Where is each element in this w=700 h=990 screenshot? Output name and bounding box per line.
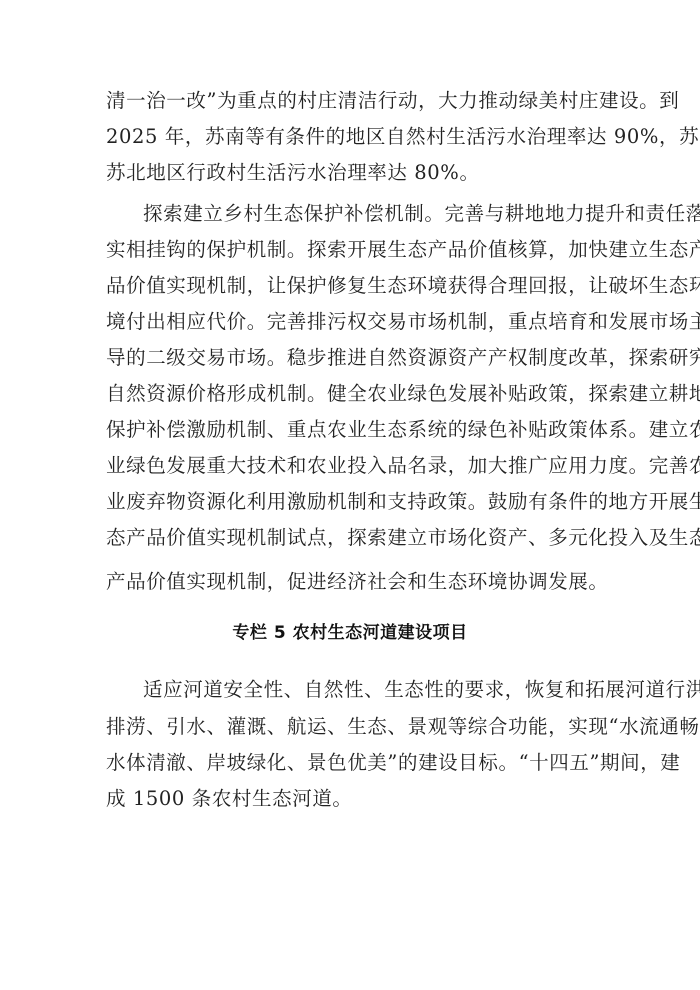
box-heading: 专栏 5 农村生态河道建设项目 xyxy=(0,621,700,645)
text-line: 清一治一改”为重点的村庄清洁行动，大力推动绿美村庄建设。到 xyxy=(106,89,596,113)
text-line: 苏北地区行政村生活污水治理率达 80%。 xyxy=(106,161,596,185)
text-line: 境付出相应代价。完善排污权交易市场机制，重点培育和发展市场主 xyxy=(106,310,596,334)
text-line: 实相挂钩的保护机制。探索开展生态产品价值核算，加快建立生态产 xyxy=(106,238,596,262)
text-line: 排涝、引水、灌溉、航运、生态、景观等综合功能，实现“水流通畅、 xyxy=(106,715,596,739)
text-line: 自然资源价格形成机制。健全农业绿色发展补贴政策，探索建立耕地 xyxy=(106,382,596,406)
text-line: 成 1500 条农村生态河道。 xyxy=(106,787,596,811)
text-line: 适应河道安全性、自然性、生态性的要求，恢复和拓展河道行洪、 xyxy=(143,678,596,702)
text-line: 导的二级交易市场。稳步推进自然资源资产产权制度改革，探索研究 xyxy=(106,346,596,370)
text-line: 品价值实现机制，让保护修复生态环境获得合理回报，让破坏生态环 xyxy=(106,274,596,298)
text-line: 保护补偿激励机制、重点农业生态系统的绿色补贴政策体系。建立农 xyxy=(106,418,596,442)
text-line: 业废弃物资源化利用激励机制和支持政策。鼓励有条件的地方开展生 xyxy=(106,490,596,514)
text-line: 产品价值实现机制，促进经济社会和生态环境协调发展。 xyxy=(106,570,596,594)
text-line: 2025 年，苏南等有条件的地区自然村生活污水治理率达 90%，苏中、 xyxy=(106,125,596,149)
text-line: 探索建立乡村生态保护补偿机制。完善与耕地地力提升和责任落 xyxy=(143,202,596,226)
text-line: 业绿色发展重大技术和农业投入品名录，加大推广应用力度。完善农 xyxy=(106,454,596,478)
document-page: 清一治一改”为重点的村庄清洁行动，大力推动绿美村庄建设。到 2025 年，苏南等… xyxy=(0,0,700,990)
text-line: 态产品价值实现机制试点，探索建立市场化资产、多元化投入及生态 xyxy=(106,526,596,550)
text-line: 水体清澈、岸坡绿化、景色优美”的建设目标。“十四五”期间，建 xyxy=(106,751,596,775)
